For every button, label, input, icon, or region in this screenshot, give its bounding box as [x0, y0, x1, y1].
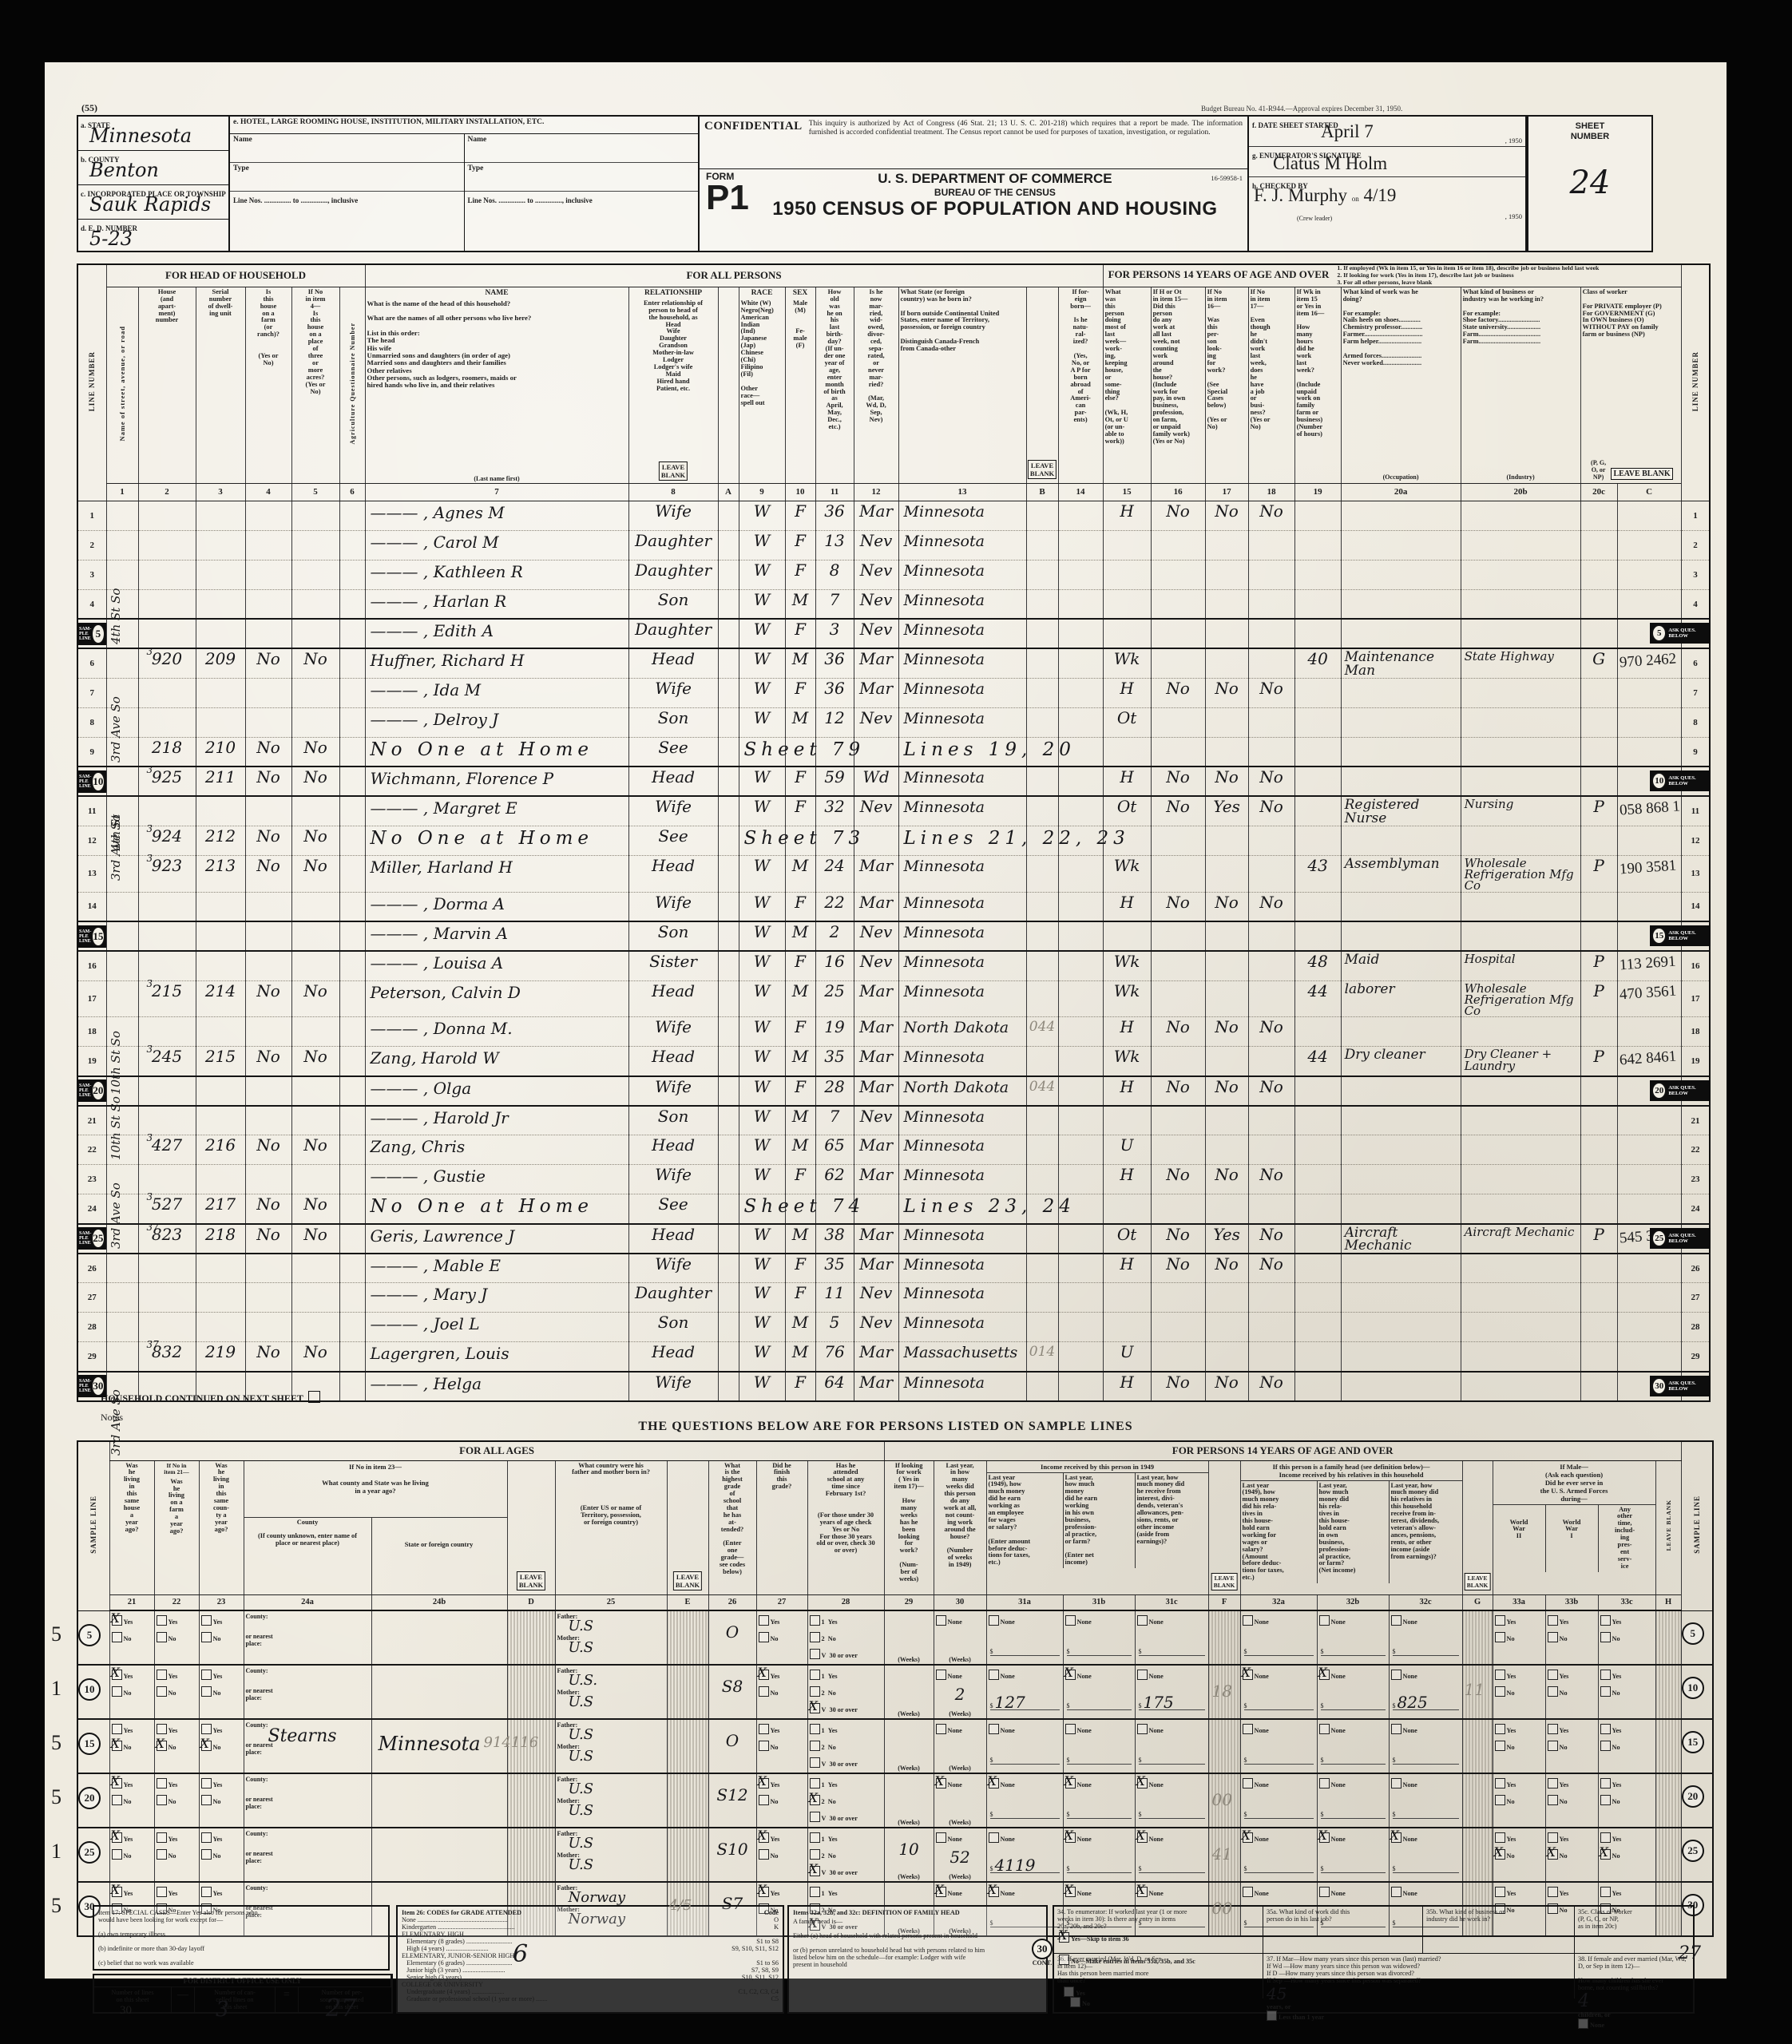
- race: W: [739, 980, 785, 1017]
- worked-at-all: [1151, 980, 1205, 1017]
- industry: [1461, 1106, 1580, 1135]
- age: 65: [815, 1135, 854, 1165]
- col-number: 10: [785, 483, 815, 501]
- worked-at-all: [1151, 921, 1205, 951]
- hours-worked: [1294, 1076, 1341, 1106]
- occupation: [1341, 737, 1461, 766]
- naturalized: [1058, 1047, 1103, 1076]
- col-number: 33a: [1493, 1594, 1545, 1610]
- class-of-worker: [1580, 1017, 1617, 1047]
- farm-answer: [245, 589, 291, 619]
- dwelling-serial: [196, 1106, 245, 1135]
- age: 3: [815, 619, 854, 648]
- industry: Wholesale Refrigeration Mfg Co: [1461, 980, 1580, 1017]
- person-row: 16——— , Louisa ASisterWF16NevMinnesotaWk…: [77, 951, 1710, 980]
- line-number-right: 12: [1681, 826, 1710, 855]
- race: W: [739, 1372, 785, 1401]
- activity-last-week: H: [1103, 1017, 1151, 1047]
- birthplace: Minnesota: [898, 951, 1026, 980]
- county-value: Benton: [89, 159, 159, 181]
- col-number: 32b: [1317, 1594, 1389, 1610]
- naturalized: [1058, 1076, 1103, 1106]
- age: 22: [815, 892, 854, 921]
- leave-blank-b: [1026, 766, 1058, 796]
- worked-at-all: [1151, 1194, 1205, 1224]
- leave-blank-a: [718, 1313, 739, 1342]
- relationship: Wife: [628, 1372, 718, 1401]
- q21-same-house: XYesNo: [109, 1665, 154, 1719]
- dwelling-serial: [196, 921, 245, 951]
- occupation: [1341, 1165, 1461, 1194]
- q27-finished-grade: XYesNo: [756, 1828, 807, 1882]
- leave-blank-b: [1026, 707, 1058, 737]
- col-activity: What was this person doing most of last …: [1103, 287, 1151, 483]
- hotel-linenos-label: Line Nos. ............... to ...........…: [465, 192, 699, 204]
- state-value: Minnesota: [89, 125, 192, 147]
- agriculture-number: [339, 1372, 365, 1401]
- sex: M: [785, 707, 815, 737]
- farm-answer: [245, 1313, 291, 1342]
- marital-status: Mar: [854, 1372, 898, 1401]
- acres-answer: [291, 1165, 339, 1194]
- age: 76: [815, 1342, 854, 1372]
- activity-last-week: Wk: [1103, 1047, 1151, 1076]
- occupation: Registered Nurse: [1341, 796, 1461, 826]
- leave-blank-b: [1026, 855, 1058, 892]
- marital-status: Mar: [854, 892, 898, 921]
- leave-blank-b: [1026, 530, 1058, 560]
- leave-blank-c: [1617, 1254, 1681, 1283]
- dwelling-serial: 209: [196, 648, 245, 678]
- farm-answer: [245, 1165, 291, 1194]
- col-leave-blank-d: LEAVE BLANK: [507, 1460, 555, 1594]
- col-30: Last year, in how many weeks did this pe…: [934, 1460, 986, 1594]
- agriculture-number: [339, 619, 365, 648]
- sex: F: [785, 796, 815, 826]
- line-number: SAM- PLE LINE30: [77, 1372, 106, 1401]
- house-number: [138, 951, 196, 980]
- birthplace: North Dakota: [898, 1017, 1026, 1047]
- sex: F: [785, 1254, 815, 1283]
- has-job: No: [1248, 1254, 1294, 1283]
- activity-last-week: Wk: [1103, 951, 1151, 980]
- looking-for-work: [1205, 826, 1248, 855]
- line-number-right: 13: [1681, 855, 1710, 892]
- activity-last-week: U: [1103, 1342, 1151, 1372]
- col-23: Was he living in this same coun- ty a ye…: [199, 1460, 244, 1594]
- q31b-own-business: XNone$: [1063, 1773, 1135, 1828]
- marital-status: Nev: [854, 1106, 898, 1135]
- relationship: Wife: [628, 1165, 718, 1194]
- worked-at-all: [1151, 1342, 1205, 1372]
- line-number: 12: [77, 826, 106, 855]
- hours-worked: [1294, 1254, 1341, 1283]
- relationship: Wife: [628, 501, 718, 530]
- occupation: [1341, 1106, 1461, 1135]
- acres-answer: No: [291, 855, 339, 892]
- col-number: B: [1026, 483, 1058, 501]
- grade-code-line: Elementary (8 grades) ..................…: [402, 1938, 779, 1945]
- relationship: Wife: [628, 796, 718, 826]
- house-number: [138, 796, 196, 826]
- agriculture-number: [339, 855, 365, 892]
- leave-blank-h: [1655, 1773, 1681, 1828]
- naturalized: [1058, 1342, 1103, 1372]
- race: W: [739, 589, 785, 619]
- col-number: D: [507, 1594, 555, 1610]
- occupation: [1341, 1342, 1461, 1372]
- farm-answer: No: [245, 648, 291, 678]
- col-number: 29: [884, 1594, 934, 1610]
- activity-last-week: H: [1103, 766, 1151, 796]
- line-number-right: 8: [1681, 707, 1710, 737]
- looking-for-work: No: [1205, 501, 1248, 530]
- col-21: Was he living in this same house a year …: [109, 1460, 154, 1594]
- leave-blank-a: [718, 1342, 739, 1372]
- sample-answer-row: 515YesXNoYesXNoYesXNoCounty:Stearnsor ne…: [77, 1719, 1713, 1773]
- race: W: [739, 678, 785, 707]
- grade-code-line: Graduate or professional school (1 year …: [402, 1995, 779, 2002]
- line-number-right: 18: [1681, 1017, 1710, 1047]
- col-number: 31c: [1135, 1594, 1208, 1610]
- person-row: 1——— , Agnes MWifeWF36MarMinnesotaHNoNoN…: [77, 501, 1710, 530]
- looking-for-work: No: [1205, 1254, 1248, 1283]
- industry: [1461, 560, 1580, 589]
- hours-worked: [1294, 1283, 1341, 1313]
- worked-at-all: [1151, 648, 1205, 678]
- has-job: [1248, 619, 1294, 648]
- leave-blank-b: [1026, 1372, 1058, 1401]
- naturalized: [1058, 796, 1103, 826]
- class-of-worker: [1580, 1135, 1617, 1165]
- leave-blank-c: [1617, 892, 1681, 921]
- grade-code-line: Undergraduate (4 years) ................…: [402, 1988, 779, 1995]
- relationship: Son: [628, 589, 718, 619]
- col-number: 17: [1205, 483, 1248, 501]
- acres-answer: No: [291, 1135, 339, 1165]
- class-of-worker: [1580, 1106, 1617, 1135]
- worked-at-all: No: [1151, 796, 1205, 826]
- marital-status: Mar: [854, 855, 898, 892]
- industry: [1461, 1283, 1580, 1313]
- q31a-wages: XNone$: [986, 1773, 1063, 1828]
- worked-at-all: [1151, 855, 1205, 892]
- has-job: [1248, 1283, 1294, 1313]
- leave-blank-b: [1026, 1283, 1058, 1313]
- col-number: 1: [106, 483, 138, 501]
- has-job: [1248, 737, 1294, 766]
- occupation: [1341, 826, 1461, 855]
- q22-on-farm: YesNo: [154, 1828, 199, 1882]
- occupation: [1341, 1017, 1461, 1047]
- agriculture-number: [339, 648, 365, 678]
- dwelling-serial: [196, 1076, 245, 1106]
- age: 35: [815, 1254, 854, 1283]
- occupation: [1341, 1076, 1461, 1106]
- acres-answer: No: [291, 1194, 339, 1224]
- leave-blank-c: 970 2462: [1617, 648, 1681, 678]
- marital-status: Mar: [854, 678, 898, 707]
- col-occupation: What kind of work was he doing? For exam…: [1341, 287, 1461, 483]
- leave-blank-b: [1026, 951, 1058, 980]
- item26-grade-codes: Item 26: CODES for GRADE ATTENDED Code N…: [396, 1905, 784, 2014]
- acres-answer: [291, 892, 339, 921]
- col-acres: If No in item 4— Is this house on a plac…: [291, 287, 339, 483]
- ed-number-value: 5-23: [89, 228, 133, 250]
- has-job: [1248, 1135, 1294, 1165]
- birthplace: Minnesota: [898, 530, 1026, 560]
- dwelling-serial: [196, 530, 245, 560]
- leave-blank-a: [718, 619, 739, 648]
- activity-last-week: [1103, 1106, 1151, 1135]
- leave-blank-a: [718, 1106, 739, 1135]
- occupation: Assemblyman: [1341, 855, 1461, 892]
- q33a-wwii: YesNo: [1493, 1610, 1545, 1665]
- age: 32: [815, 796, 854, 826]
- activity-last-week: H: [1103, 892, 1151, 921]
- person-row: 27——— , Mary JDaughterWF11NevMinnesota27: [77, 1283, 1710, 1313]
- house-number: [138, 560, 196, 589]
- hours-worked: [1294, 1017, 1341, 1047]
- birthplace: Minnesota: [898, 766, 1026, 796]
- race: W: [739, 1313, 785, 1342]
- line-number: 29: [77, 1342, 106, 1372]
- line-number-right: 30ASK QUES. BELOW: [1681, 1372, 1710, 1401]
- has-job: [1248, 826, 1294, 855]
- col-looking: If No in item 16— Was this per- son look…: [1205, 287, 1248, 483]
- age: 7: [815, 589, 854, 619]
- col-leave-blank-b: LEAVE BLANK: [1026, 287, 1058, 483]
- leave-blank-a: [718, 501, 739, 530]
- race: W: [739, 766, 785, 796]
- looking-for-work: [1205, 921, 1248, 951]
- class-of-worker: [1580, 1165, 1617, 1194]
- house-number: [138, 1283, 196, 1313]
- dwelling-serial: [196, 707, 245, 737]
- street-name: 3rd Ave So: [106, 766, 138, 796]
- person-name: No One at Home: [365, 826, 628, 855]
- line-number-right: 10ASK QUES. BELOW: [1681, 766, 1710, 796]
- activity-last-week: [1103, 530, 1151, 560]
- acres-answer: No: [291, 1342, 339, 1372]
- relationship: Son: [628, 1106, 718, 1135]
- col-marital: Is he now mar- ried, wid- owed, divor- c…: [854, 287, 898, 483]
- leave-blank-f: 18: [1208, 1665, 1240, 1719]
- line-number-right: 22: [1681, 1135, 1710, 1165]
- age: 64: [815, 1372, 854, 1401]
- worked-at-all: No: [1151, 1372, 1205, 1401]
- has-job: [1248, 1106, 1294, 1135]
- occupation: [1341, 560, 1461, 589]
- q28-attended-school: 1 Yes2 NoXV 30 or over: [807, 1828, 884, 1882]
- race: W: [739, 1165, 785, 1194]
- line-number-col: LINE NUMBER: [77, 264, 106, 501]
- person-row: 133923213NoNoMiller, Harland HHeadWM24Ma…: [77, 855, 1710, 892]
- acres-answer: [291, 1283, 339, 1313]
- agriculture-number: [339, 1047, 365, 1076]
- occupation: [1341, 1372, 1461, 1401]
- acres-answer: [291, 1254, 339, 1283]
- occupation: [1341, 766, 1461, 796]
- person-name: ——— , Louisa A: [365, 951, 628, 980]
- activity-last-week: Wk: [1103, 980, 1151, 1017]
- age: 36: [815, 648, 854, 678]
- grade-code-line: Elementary (6 grades) ..................…: [402, 1959, 779, 1967]
- leave-blank-d: [507, 1828, 555, 1882]
- line-number-right: 4: [1681, 589, 1710, 619]
- col-leave-blank-g: LEAVE BLANK: [1462, 1460, 1493, 1594]
- q24b-state: [371, 1773, 507, 1828]
- race: W: [739, 1017, 785, 1047]
- col-farm: Is this house on a farm (or ranch)? (Yes…: [245, 287, 291, 483]
- leave-blank-b: [1026, 921, 1058, 951]
- q26-highest-grade: S10: [708, 1828, 756, 1882]
- col-leave-blank-a: [718, 287, 739, 483]
- person-row: 4——— , Harlan RSonWM7NevMinnesota4: [77, 589, 1710, 619]
- relationship: Head: [628, 1342, 718, 1372]
- line-number: 21: [77, 1106, 106, 1135]
- district-persons-value: 27: [324, 1993, 358, 2024]
- leave-blank-b: 044: [1026, 1076, 1058, 1106]
- person-name: Zang, Harold W: [365, 1047, 628, 1076]
- sex: F: [785, 766, 815, 796]
- leave-blank-b: [1026, 1106, 1058, 1135]
- activity-last-week: [1103, 1283, 1151, 1313]
- col-leave-blank-f: LEAVE BLANK: [1208, 1460, 1240, 1594]
- print-code: 16-59958-1: [1211, 174, 1243, 182]
- street-name: [106, 1313, 138, 1342]
- agriculture-number: [339, 737, 365, 766]
- looking-for-work: [1205, 1313, 1248, 1342]
- grade-code-line: ELEMENTARY, JUNIOR-SENIOR HIGH: [402, 1952, 779, 1959]
- industry: [1461, 826, 1580, 855]
- class-of-worker: [1580, 589, 1617, 619]
- agriculture-number: [339, 589, 365, 619]
- q32b-family-business: None$: [1317, 1773, 1389, 1828]
- activity-last-week: [1103, 1194, 1151, 1224]
- q27-finished-grade: YesNo: [756, 1610, 807, 1665]
- naturalized: [1058, 560, 1103, 589]
- dwelling-serial: 212: [196, 826, 245, 855]
- farm-answer: [245, 1254, 291, 1283]
- worked-at-all: No: [1151, 1254, 1205, 1283]
- birthplace: Minnesota: [898, 796, 1026, 826]
- form-code: P1: [706, 182, 749, 214]
- q33a-wwii: YesNo: [1493, 1719, 1545, 1773]
- race: W: [739, 1342, 785, 1372]
- acres-answer: [291, 921, 339, 951]
- leave-blank-c: [1617, 1017, 1681, 1047]
- line-number-right: 15ASK QUES. BELOW: [1681, 921, 1710, 951]
- page-number: 27: [1679, 1943, 1701, 1963]
- relationship: Wife: [628, 678, 718, 707]
- district-cancelled-value: 3: [214, 1996, 231, 2023]
- birthplace: Minnesota: [898, 501, 1026, 530]
- looking-for-work: [1205, 1283, 1248, 1313]
- line-number-right: 24: [1681, 1194, 1710, 1224]
- house-number: [138, 707, 196, 737]
- hours-worked: 40: [1294, 648, 1341, 678]
- activity-last-week: H: [1103, 501, 1151, 530]
- col-number: 4: [245, 483, 291, 501]
- farm-answer: [245, 796, 291, 826]
- person-name: ——— , Donna M.: [365, 1017, 628, 1047]
- agriculture-number: [339, 796, 365, 826]
- confidential-label: CONFIDENTIAL: [704, 120, 803, 165]
- q32c-family-other: None$: [1389, 1719, 1462, 1773]
- q28-attended-school: 1 Yes2 NoV 30 or over: [807, 1610, 884, 1665]
- acres-answer: [291, 1017, 339, 1047]
- dwelling-serial: [196, 892, 245, 921]
- class-of-worker: P: [1580, 1224, 1617, 1254]
- grade-code-line: COLLEGE OR UNIVERSITY: [402, 1981, 779, 1988]
- acres-answer: [291, 796, 339, 826]
- hotel-box: e. HOTEL, LARGE ROOMING HOUSE, INSTITUTI…: [230, 115, 700, 252]
- house-number: 37823: [138, 1224, 196, 1254]
- birthplace: Minnesota: [898, 1047, 1026, 1076]
- sheet-number-box: SHEET NUMBER 24: [1527, 115, 1653, 252]
- activity-last-week: [1103, 737, 1151, 766]
- farm-answer: No: [245, 1194, 291, 1224]
- hours-worked: [1294, 1135, 1341, 1165]
- industry: [1461, 678, 1580, 707]
- leave-blank-a: [718, 560, 739, 589]
- race: W: [739, 560, 785, 589]
- leave-blank-c: [1617, 560, 1681, 589]
- sample-answer-row: 110XYesNoYesNoYesNoCounty:or nearest pla…: [77, 1665, 1713, 1719]
- leave-blank-a: [718, 1135, 739, 1165]
- col-number: 26: [708, 1594, 756, 1610]
- relationship: Wife: [628, 1076, 718, 1106]
- leave-blank-c: [1617, 707, 1681, 737]
- person-name: ——— , Harold Jr: [365, 1106, 628, 1135]
- birthplace: Minnesota: [898, 1106, 1026, 1135]
- farm-answer: No: [245, 855, 291, 892]
- birthplace: Lines 19, 20: [898, 737, 1026, 766]
- farm-answer: [245, 892, 291, 921]
- race: W: [739, 1106, 785, 1135]
- line-number-right: 9: [1681, 737, 1710, 766]
- marital-status: Mar: [854, 1254, 898, 1283]
- leave-blank-b: 014: [1026, 1342, 1058, 1372]
- acres-answer: [291, 1076, 339, 1106]
- hours-worked: [1294, 892, 1341, 921]
- industry: [1461, 1165, 1580, 1194]
- worked-at-all: [1151, 1047, 1205, 1076]
- agriculture-number: [339, 980, 365, 1017]
- street-name: 3rd Ave So: [106, 1342, 138, 1372]
- acres-answer: [291, 678, 339, 707]
- person-name: Wichmann, Florence P: [365, 766, 628, 796]
- leave-blank-b: [1026, 1313, 1058, 1342]
- has-job: [1248, 1342, 1294, 1372]
- col-number: 30: [934, 1594, 986, 1610]
- class-of-worker: [1580, 1283, 1617, 1313]
- q30-weeks-worked: XNone(Weeks): [934, 1773, 986, 1828]
- birthplace: Minnesota: [898, 1165, 1026, 1194]
- worked-at-all: [1151, 1283, 1205, 1313]
- person-name: ——— , Edith A: [365, 619, 628, 648]
- industry: [1461, 1135, 1580, 1165]
- street-name: 4th St: [106, 737, 138, 766]
- naturalized: [1058, 1283, 1103, 1313]
- col-25: What country were his father and mother …: [555, 1460, 667, 1594]
- q22-on-farm: YesNo: [154, 1773, 199, 1828]
- q29-weeks-looking: (Weeks): [884, 1719, 934, 1773]
- q33c-other-service: YesNo: [1598, 1773, 1655, 1828]
- leave-blank-a: [718, 892, 739, 921]
- leave-blank-c: [1617, 589, 1681, 619]
